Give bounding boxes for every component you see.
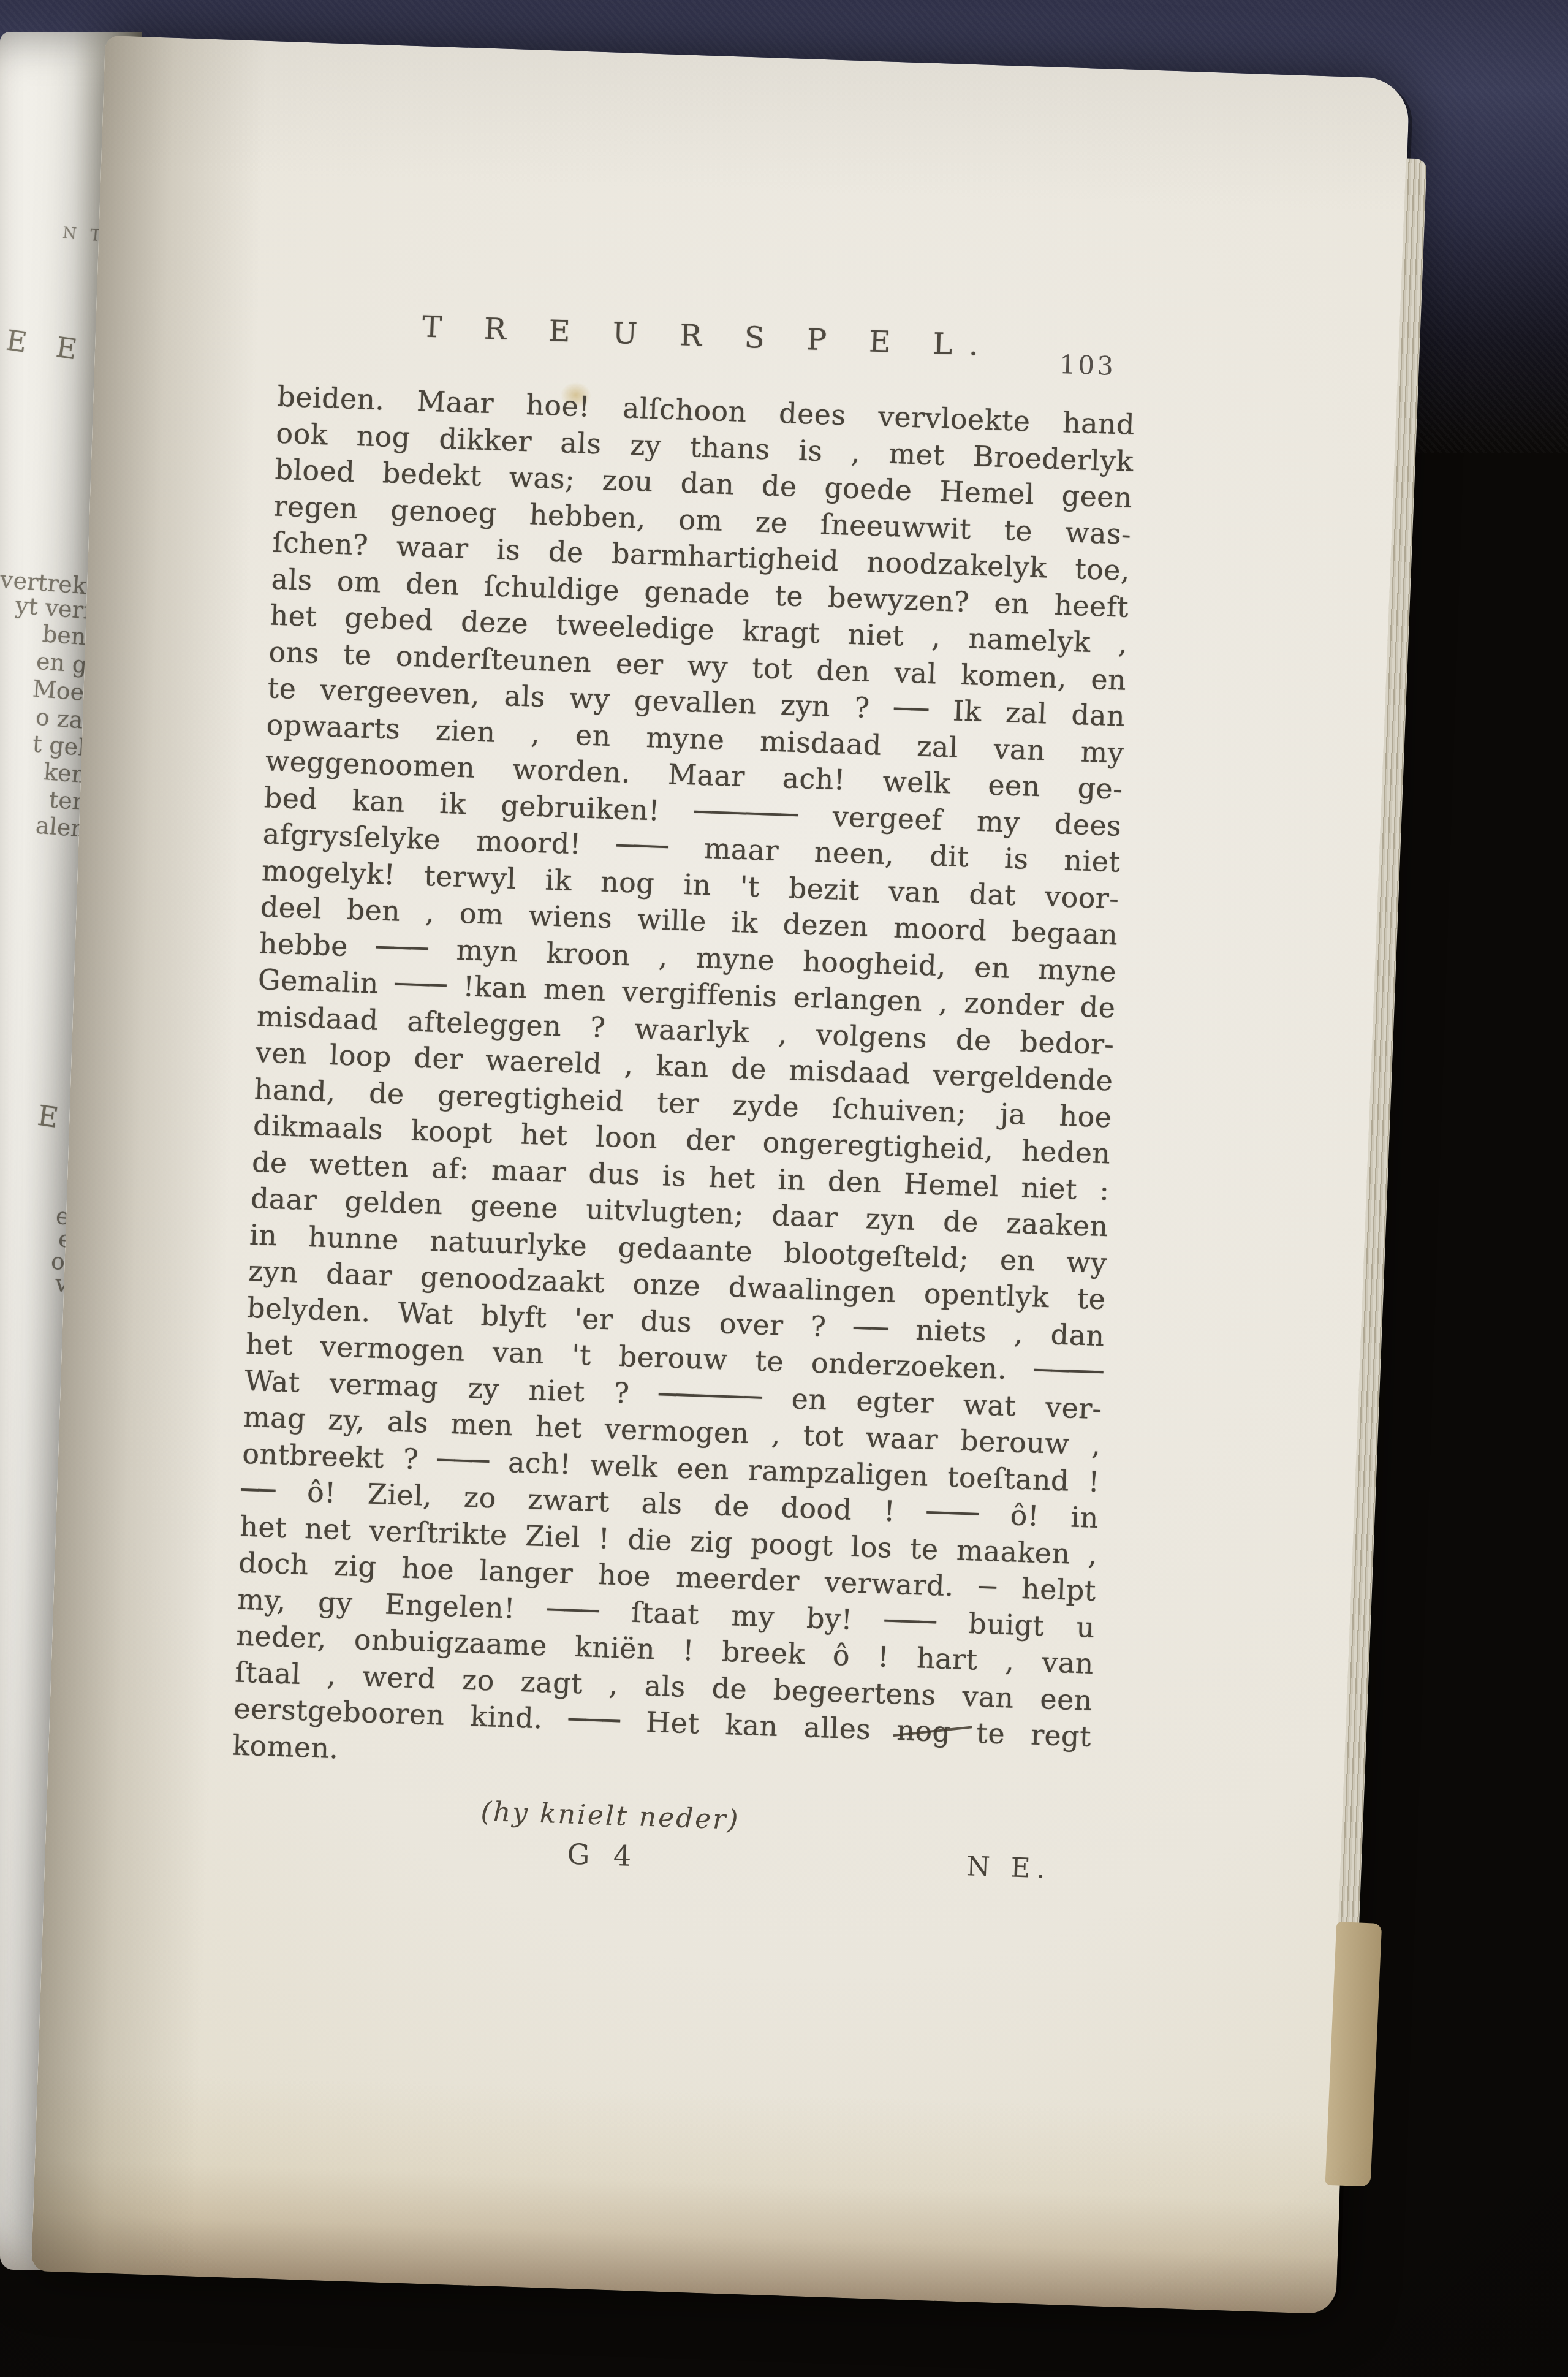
body-text: beiden. Maar hoe! alſchoon dees vervloek… [232,379,1135,1792]
fore-edge-page-stack [1332,158,1427,2088]
strikethrough-word: nog [896,1712,951,1750]
book-photo-scene: T.N T s.N E E Lvertrek vanyt verſtee.ben… [0,0,1568,2377]
book-page: T R E U R S P E L. 103 beiden. Maar hoe!… [31,36,1410,2314]
catchword: N E. [966,1851,1051,1885]
running-title: T R E U R S P E L. [279,305,1138,368]
protruding-page-edge [1325,1922,1382,2187]
page-number: 103 [1059,349,1116,381]
text-block: T R E U R S P E L. 103 beiden. Maar hoe!… [229,305,1138,1894]
page-header: T R E U R S P E L. 103 [279,305,1138,389]
